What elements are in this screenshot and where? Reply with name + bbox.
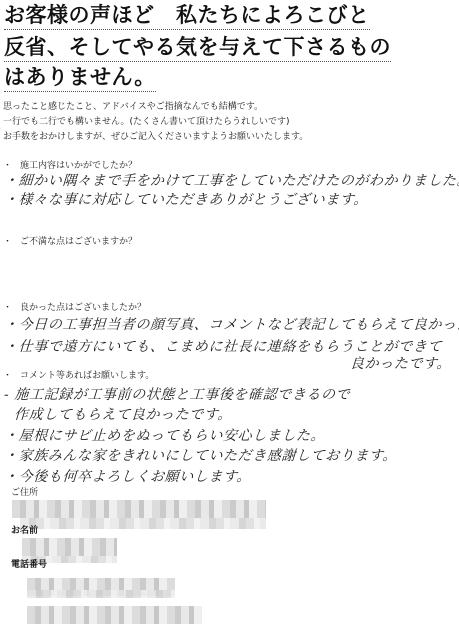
bullet: ・ xyxy=(3,302,20,314)
answer-work-quality-2: ・様々な事に対応していただきありがとうございます。 xyxy=(4,191,369,209)
headline-line-1: お客様の声ほど 私たちによろこびと xyxy=(4,2,370,30)
intro-line-3: お手数をおかけしますが、ぜひご記入くださいますようお願いいたします。 xyxy=(3,131,308,143)
answer-comments-5: ・今後も何卒よろしくお願いします。 xyxy=(4,468,252,486)
intro-line-2: 一行でも二行でも構いません。(たくさん書いて頂けたらうれしいです) xyxy=(3,116,290,128)
question-comments: ・コメント等あればお願いします。 xyxy=(3,370,154,382)
answer-good-points-3: 良かったです。 xyxy=(350,355,452,373)
answer-work-quality-1: ・細かい隅々まで手をかけて工事をしていただけたのがわかりました。 xyxy=(4,172,459,190)
address-redacted-row2 xyxy=(20,518,266,529)
address-label: ご住所 xyxy=(11,488,38,499)
address-redacted xyxy=(12,500,266,518)
phone-label: 電話番号 xyxy=(11,560,47,571)
answer-comments-1: - 施工記録が工事前の状態と工事後を確認できるので xyxy=(4,386,351,404)
answer-good-points-2: ・仕事で遠方にいても、こまめに社長に連絡をもらうことができて xyxy=(4,338,443,356)
question-dissatisfaction: ・ご不満な点はございますか？ xyxy=(3,236,137,248)
answer-good-points-1: ・今日の工事担当者の顔写真、コメントなど表記してもらえて良かった。 xyxy=(4,316,459,334)
question-text: ご不満な点はございますか？ xyxy=(20,237,137,247)
headline-line-2: 反省、そしてやる気を与えて下さるもの xyxy=(4,34,391,62)
intro-line-1: 思ったこと感じたこと、アドバイスやご指摘なんでも結構です。 xyxy=(3,101,263,113)
question-text: コメント等あればお願いします。 xyxy=(20,371,154,381)
bullet: ・ xyxy=(3,236,20,248)
bullet: ・ xyxy=(3,160,20,172)
answer-comments-2: 作成してもらえて良かったです。 xyxy=(14,406,233,424)
phone-redacted-2 xyxy=(27,606,202,624)
phone-redacted-1b xyxy=(27,590,175,598)
name-redacted xyxy=(22,538,117,556)
question-work-quality: ・施工内容はいかがでしたか？ xyxy=(3,160,137,172)
answer-comments-3: ・屋根にサビ止めをぬってもらい安心しました。 xyxy=(4,427,326,445)
answer-comments-4: ・家族みんな家をきれいにしていただき感謝しております。 xyxy=(4,447,398,465)
bullet: ・ xyxy=(3,370,20,382)
name-label: お名前 xyxy=(11,526,38,537)
headline-line-3: はありません。 xyxy=(4,64,156,92)
question-text: 施工内容はいかがでしたか？ xyxy=(20,161,137,171)
question-text: 良かった点はございましたか？ xyxy=(20,303,146,313)
question-good-points: ・良かった点はございましたか？ xyxy=(3,302,146,314)
